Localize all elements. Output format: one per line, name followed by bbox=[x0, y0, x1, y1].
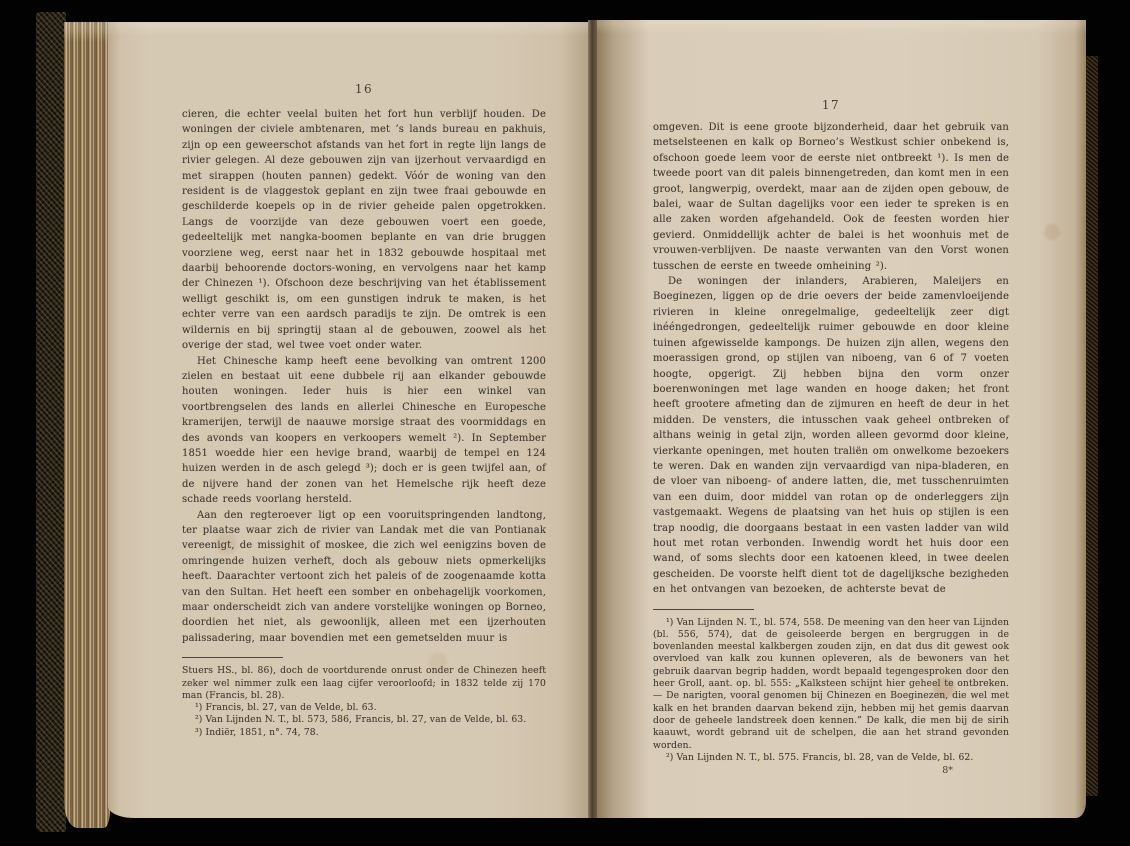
right-page-number: 17 bbox=[653, 98, 1009, 112]
gutter-shadow bbox=[588, 20, 597, 818]
paragraph: omgeven. Dit is eene groote bijzonderhei… bbox=[653, 120, 1009, 274]
book-scan: 16 cieren, die echter veelal buiten het … bbox=[0, 0, 1130, 846]
right-page-footnotes: ¹) Van Lijnden N. T., bl. 574, 558. De m… bbox=[653, 617, 1009, 765]
footnote: ²) Van Lijnden N. T., bl. 575. Francis, … bbox=[653, 752, 1009, 764]
paragraph: De woningen der inlanders, Arabieren, Ma… bbox=[653, 274, 1009, 598]
footnote: ¹) Van Lijnden N. T., bl. 574, 558. De m… bbox=[653, 617, 1009, 752]
signature-mark: 8* bbox=[653, 765, 1009, 776]
left-page-number: 16 bbox=[182, 82, 546, 96]
book-binding-cloth bbox=[36, 12, 66, 832]
left-page-body: cieren, die echter veelal buiten het for… bbox=[182, 107, 546, 646]
right-footnote-rule bbox=[653, 609, 754, 610]
right-page-body: omgeven. Dit is eene groote bijzonderhei… bbox=[653, 120, 1009, 598]
page-edges-stack bbox=[64, 22, 110, 828]
left-page-footnotes: Stuers HS., bl. 86), doch de voortdurend… bbox=[182, 665, 546, 739]
footnote: Stuers HS., bl. 86), doch de voortdurend… bbox=[182, 665, 546, 702]
footnote: ³) Indiër, 1851, n°. 74, 78. bbox=[182, 727, 546, 739]
paragraph: Aan den regteroever ligt op een vooruits… bbox=[182, 508, 546, 647]
right-page-content: 17 omgeven. Dit is eene groote bijzonder… bbox=[653, 98, 1009, 776]
left-page: 16 cieren, die echter veelal buiten het … bbox=[108, 22, 590, 818]
left-footnote-rule bbox=[182, 657, 283, 658]
right-page: 17 omgeven. Dit is eene groote bijzonder… bbox=[597, 20, 1086, 818]
paragraph: Het Chinesche kamp heeft eene bevolking … bbox=[182, 354, 546, 508]
right-cover-edge bbox=[1086, 56, 1098, 796]
paragraph: cieren, die echter veelal buiten het for… bbox=[182, 107, 546, 354]
left-page-content: 16 cieren, die echter veelal buiten het … bbox=[182, 82, 546, 739]
footnote: ²) Van Lijnden N. T., bl. 573, 586, Fran… bbox=[182, 714, 546, 726]
footnote: ¹) Francis, bl. 27, van de Velde, bl. 63… bbox=[182, 702, 546, 714]
